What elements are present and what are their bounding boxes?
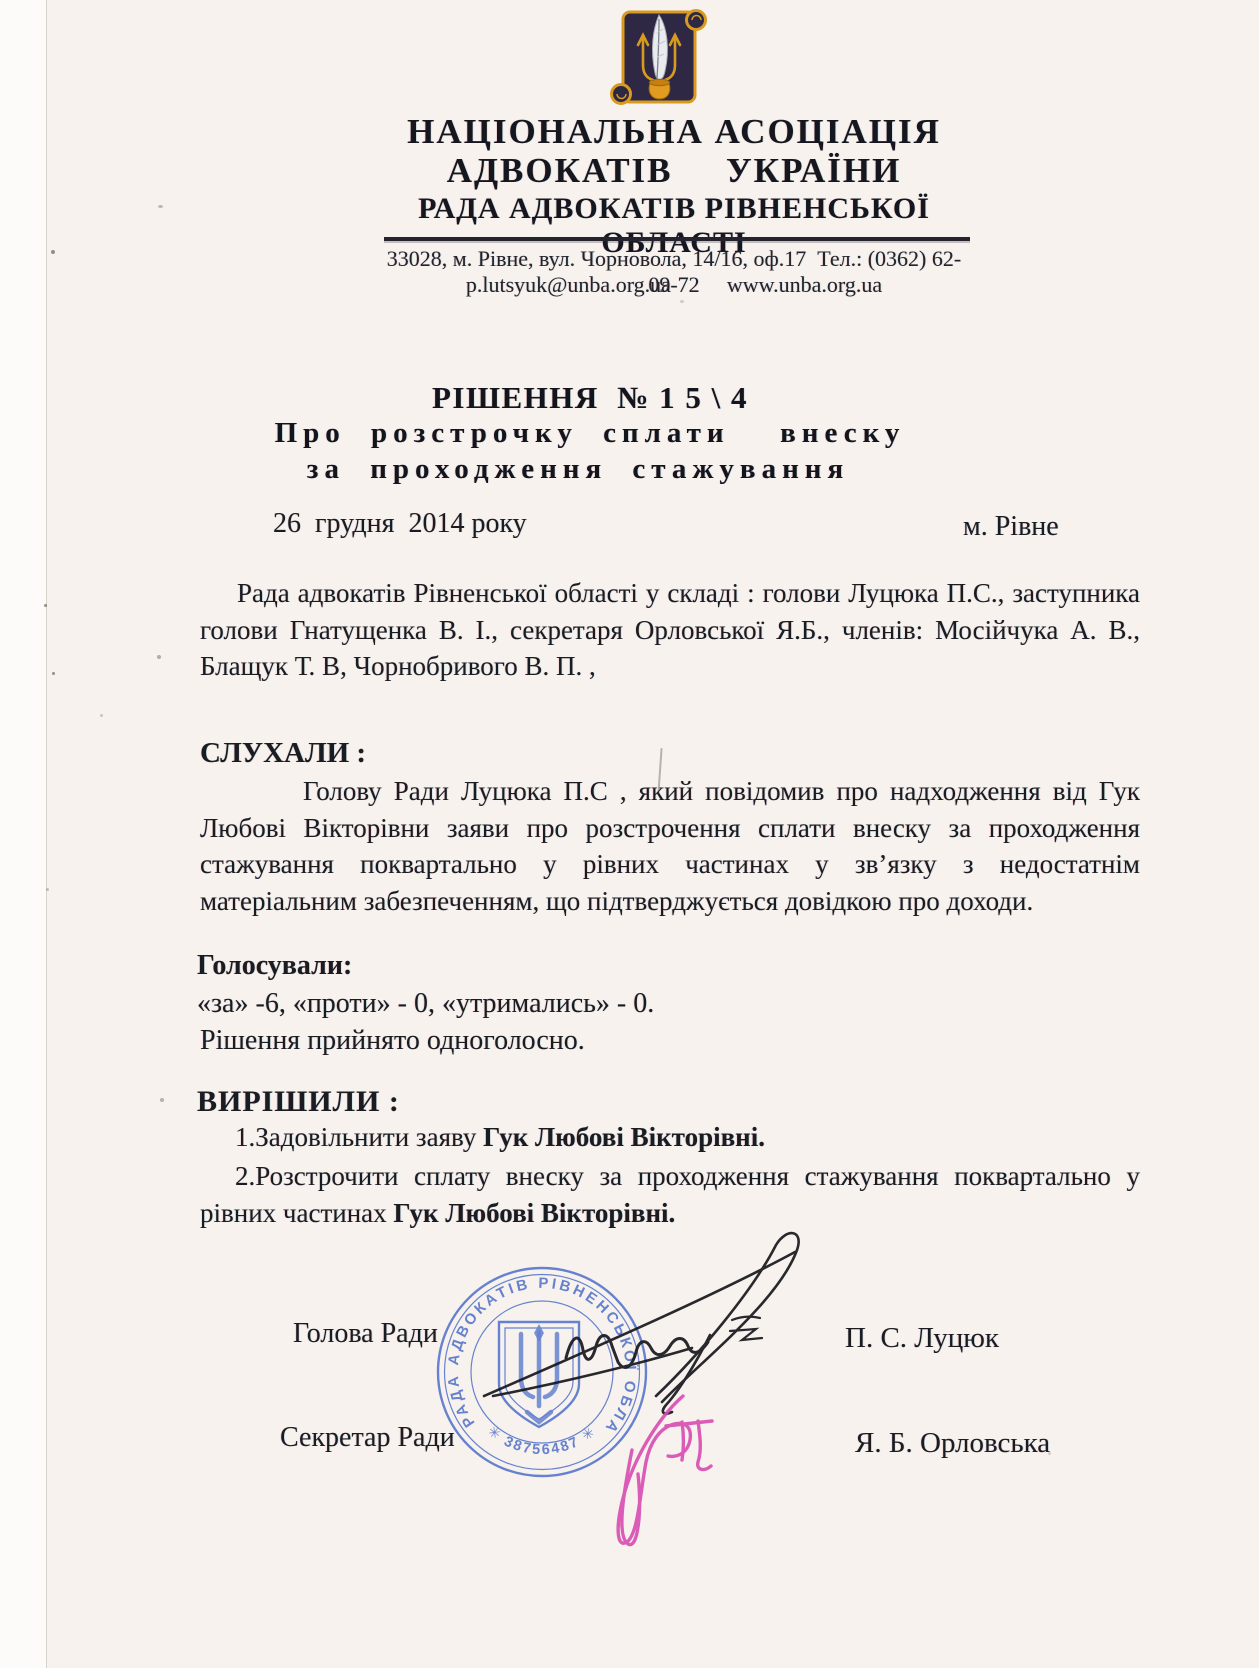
- scan-speck: [160, 1098, 164, 1102]
- page-title: РІШЕННЯ № 1 5 \ 4: [240, 380, 940, 416]
- heard-paragraph: Голову Ради Луцюка П.С , який повідомив …: [200, 773, 1140, 919]
- decided-item-1-name: Гук Любові Вікторівні.: [483, 1122, 765, 1152]
- org-website: www.unba.org.ua: [727, 272, 882, 298]
- vote-heading: Голосували:: [197, 950, 352, 982]
- org-email: p.lutsyuk@unba.org.ua: [466, 272, 671, 298]
- scan-speck: [46, 888, 49, 891]
- chairman-signature: [484, 1233, 799, 1413]
- decided-item-1: 1.Задовільнити заяву Гук Любові Вікторів…: [235, 1122, 765, 1153]
- stamp-ring-text: РАДА АДВОКАТІВ РІВНЕНСЬКОЇ ОБЛАСТІ: [380, 1150, 639, 1438]
- scan-speck: [51, 250, 55, 254]
- doc-place: м. Рівне: [963, 511, 1059, 543]
- scan-edge-strip: [0, 0, 47, 1668]
- secretary-signature: [618, 1396, 712, 1545]
- svg-text:РАДА АДВОКАТІВ РІВНЕНСЬКОЇ ОБЛ: РАДА АДВОКАТІВ РІВНЕНСЬКОЇ ОБЛАСТІ: [380, 1150, 639, 1438]
- org-name-line2: АДВОКАТІВ УКРАЇНИ: [384, 151, 964, 191]
- scanned-document-page: НАЦІОНАЛЬНА АСОЦІАЦІЯ АДВОКАТІВ УКРАЇНИ …: [0, 0, 1259, 1668]
- header-divider: [384, 237, 970, 241]
- trident-icon: [521, 1332, 557, 1422]
- vote-results: «за» -6, «проти» - 0, «утримались» - 0.: [197, 988, 654, 1020]
- scan-speck: [680, 300, 684, 303]
- scan-speck: [44, 604, 47, 607]
- stamp-number: ✳ 38756487 ✳: [484, 1423, 600, 1458]
- heard-heading: СЛУХАЛИ :: [200, 737, 366, 770]
- scan-speck: [52, 672, 55, 675]
- org-name-line1: НАЦІОНАЛЬНА АСОЦІАЦІЯ: [384, 112, 964, 152]
- scan-speck: [158, 205, 163, 208]
- doc-subject-line2: за проходження стажування: [228, 453, 928, 486]
- signature-area: РАДА АДВОКАТІВ РІВНЕНСЬКОЇ ОБЛАСТІ ✳ 387…: [380, 1150, 1060, 1580]
- decided-heading: ВИРІШИЛИ :: [197, 1085, 400, 1119]
- decided-item-1-text: 1.Задовільнити заяву: [235, 1122, 483, 1152]
- org-contacts: p.lutsyuk@unba.org.ua www.unba.org.ua: [374, 272, 974, 298]
- svg-text:✳ 38756487 ✳: ✳ 38756487 ✳: [484, 1423, 600, 1458]
- intro-paragraph: Рада адвокатів Рівненської області у скл…: [200, 575, 1140, 685]
- doc-date: 26 грудня 2014 року: [273, 508, 527, 540]
- doc-subject-line1: Про розстрочку сплати внеску: [240, 417, 940, 450]
- scan-speck: [100, 714, 103, 717]
- round-stamp-icon: РАДА АДВОКАТІВ РІВНЕНСЬКОЇ ОБЛАСТІ ✳ 387…: [380, 1150, 646, 1476]
- unba-emblem-icon: [597, 3, 719, 110]
- vote-outcome: Рішення прийнято одноголосно.: [200, 1025, 585, 1057]
- scan-speck: [157, 655, 161, 659]
